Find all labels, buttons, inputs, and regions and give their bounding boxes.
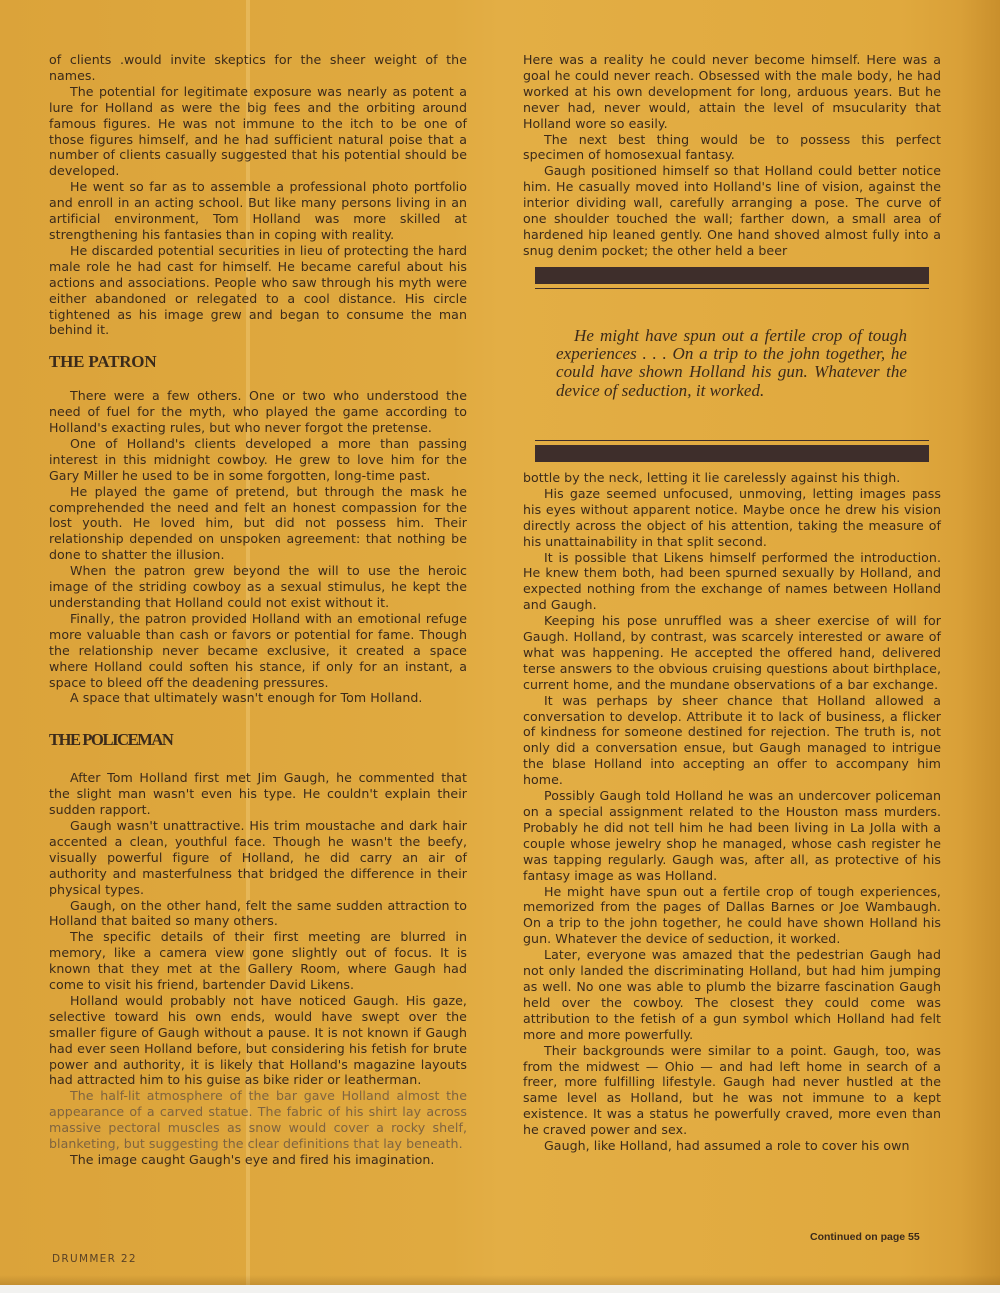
paragraph: The next best thing would be to possess … [523,132,941,164]
paragraph: Their backgrounds were similar to a poin… [523,1043,941,1138]
paragraph: The image caught Gaugh's eye and fired h… [49,1152,467,1168]
paragraph: The half-lit atmosphere of the bar gave … [49,1088,467,1152]
pull-quote-text: He might have spun out a fertile crop of… [556,326,907,400]
paragraph: Gaugh, on the other hand, felt the same … [49,898,467,930]
paragraph: A space that ultimately wasn't enough fo… [49,690,467,706]
paragraph: When the patron grew beyond the will to … [49,563,467,611]
continued-notice: Continued on page 55 [810,1231,920,1243]
page-folio: DRUMMER 22 [52,1253,137,1265]
paragraph: He discarded potential securities in lie… [49,243,467,338]
paragraph: One of Holland's clients developed a mor… [49,436,467,484]
paragraph: Keeping his pose unruffled was a sheer e… [523,613,941,693]
paragraph: Finally, the patron provided Holland wit… [49,611,467,691]
paragraph: He went so far as to assemble a professi… [49,179,467,243]
paragraph: of clients .would invite skeptics for th… [49,52,467,84]
paragraph: Here was a reality he could never become… [523,52,941,132]
paragraph: After Tom Holland first met Jim Gaugh, h… [49,770,467,818]
pull-quote-box: He might have spun out a fertile crop of… [535,267,929,462]
pull-quote-top-rule [535,288,929,289]
right-column: Here was a reality he could never become… [523,52,941,1154]
paragraph: Later, everyone was amazed that the pede… [523,947,941,1042]
section-heading-policeman: THE POLICEMAN [49,732,467,748]
section-heading-patron: THE PATRON [49,354,467,370]
left-column: of clients .would invite skeptics for th… [49,52,467,1168]
paragraph: bottle by the neck, letting it lie carel… [523,470,941,486]
pull-quote-bottom-bar [535,445,929,462]
magazine-page: of clients .would invite skeptics for th… [0,0,1000,1285]
paragraph: There were a few others. One or two who … [49,388,467,436]
paragraph: Holland would probably not have noticed … [49,993,467,1088]
paragraph: He played the game of pretend, but throu… [49,484,467,564]
paragraph: Gaugh, like Holland, had assumed a role … [523,1138,941,1154]
pull-quote: He might have spun out a fertile crop of… [535,293,929,436]
paragraph: The potential for legitimate exposure wa… [49,84,467,179]
paragraph: It was perhaps by sheer chance that Holl… [523,693,941,788]
paragraph: His gaze seemed unfocused, unmoving, let… [523,486,941,550]
paragraph: It is possible that Likens himself perfo… [523,550,941,614]
paragraph: Possibly Gaugh told Holland he was an un… [523,788,941,883]
pull-quote-top-bar [535,267,929,284]
paragraph: The specific details of their first meet… [49,929,467,993]
pull-quote-bottom-rule [535,440,929,441]
paragraph: Gaugh positioned himself so that Holland… [523,163,941,258]
paragraph: He might have spun out a fertile crop of… [523,884,941,948]
paragraph: Gaugh wasn't unattractive. His trim mous… [49,818,467,898]
